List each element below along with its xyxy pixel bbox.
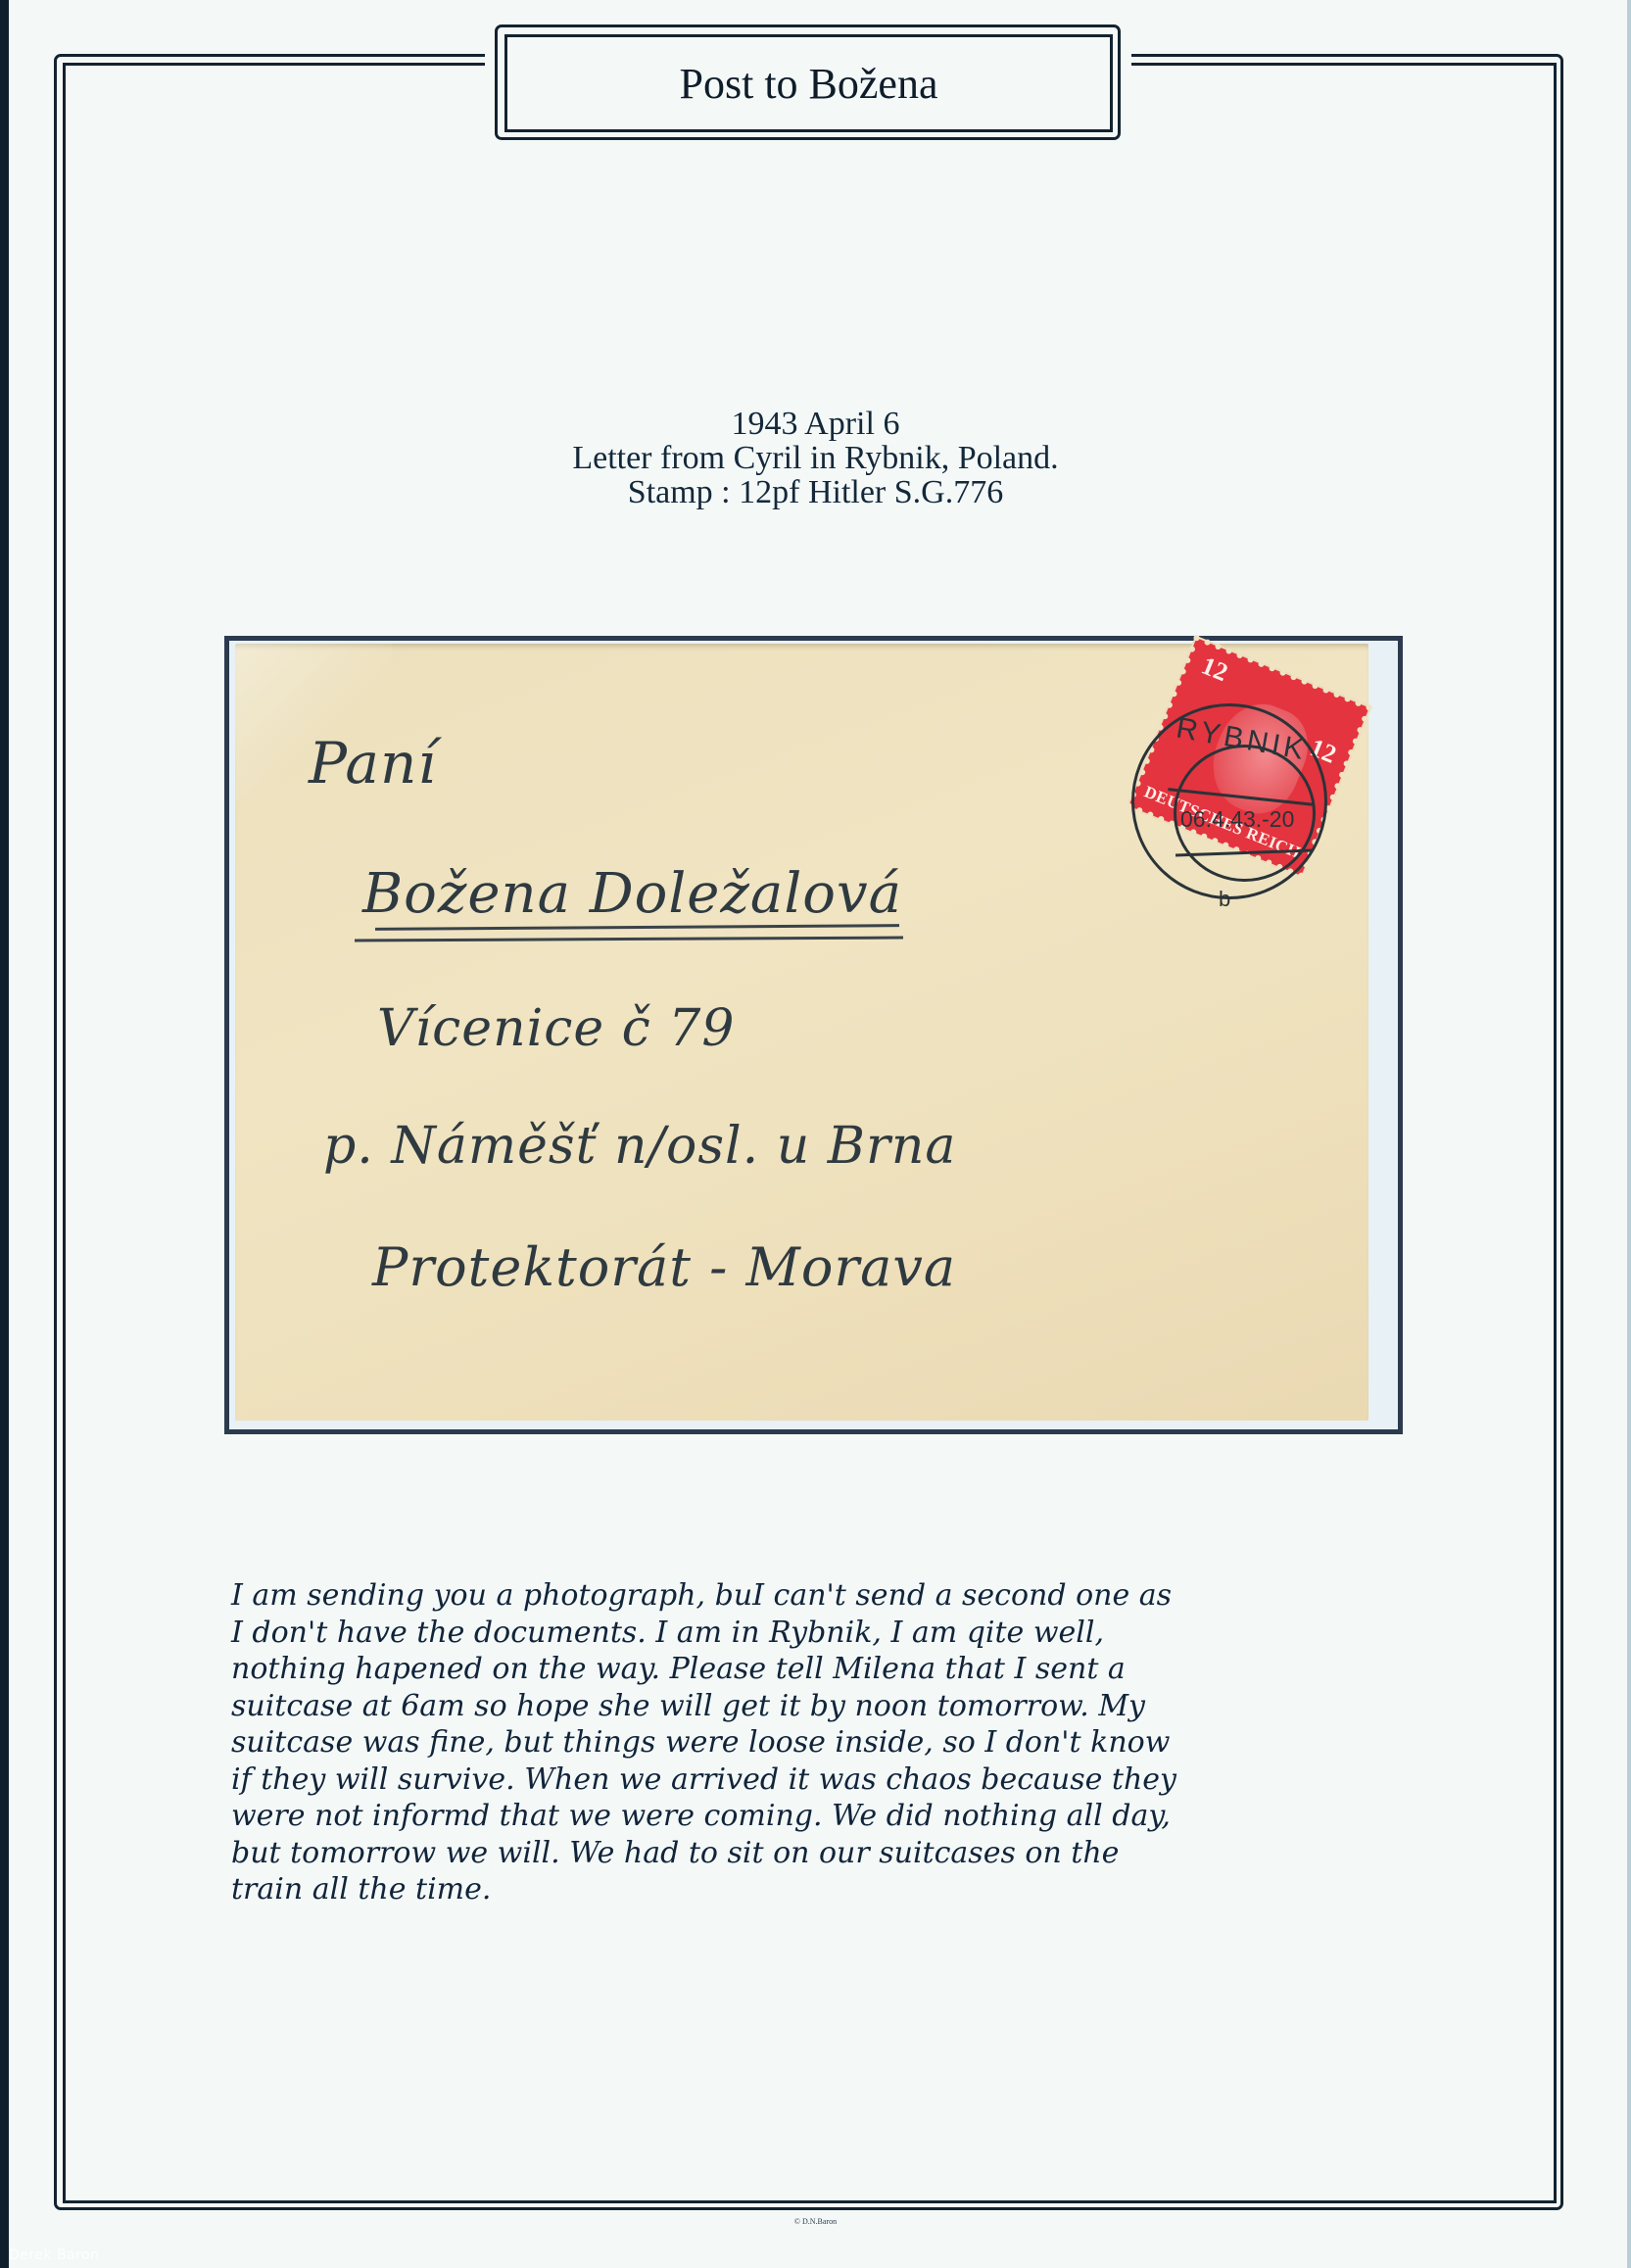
- page-title: Post to Božena: [504, 34, 1113, 132]
- postmark-sub-letter: b: [1219, 887, 1230, 912]
- translation-line: suitcase at 6am so hope she will get it …: [231, 1688, 1407, 1725]
- translation-line: nothing hapened on the way. Please tell …: [231, 1651, 1407, 1688]
- caption-date: 1943 April 6: [294, 407, 1337, 441]
- translation-line: if they will survive. When we arrived it…: [231, 1761, 1407, 1799]
- translation-line: suitcase was fine, but things were loose…: [231, 1724, 1407, 1761]
- postmark-date: 06.4.43.-20: [1180, 806, 1294, 833]
- page-title-text: Post to Božena: [680, 59, 938, 109]
- address-salutation: Paní: [309, 730, 437, 796]
- address-recipient-name: Božena Doležalová: [362, 862, 902, 926]
- translation-line: train all the time.: [231, 1871, 1407, 1908]
- translation-line: I am sending you a photograph, buI can't…: [231, 1577, 1407, 1615]
- address-region: Protektorát - Morava: [372, 1236, 956, 1298]
- photographer-watermark: Derek Baron: [9, 2247, 100, 2263]
- scan-right-edge: [1627, 0, 1631, 2268]
- letter-translation: I am sending you a photograph, buI can't…: [231, 1577, 1407, 1908]
- item-caption: 1943 April 6 Letter from Cyril in Rybnik…: [294, 407, 1337, 509]
- caption-description: Letter from Cyril in Rybnik, Poland.: [294, 441, 1337, 475]
- copyright-footer: © D.N.Baron: [0, 2217, 1631, 2226]
- address-street: Vícenice č 79: [377, 999, 735, 1058]
- caption-stamp-info: Stamp : 12pf Hitler S.G.776: [294, 475, 1337, 509]
- translation-line: were not informd that we were coming. We…: [231, 1798, 1407, 1835]
- translation-line: but tomorrow we will. We had to sit on o…: [231, 1835, 1407, 1872]
- translation-line: I don't have the documents. I am in Rybn…: [231, 1615, 1407, 1652]
- address-post-office: p. Náměšť n/osl. u Brna: [323, 1117, 956, 1176]
- scan-left-edge: [0, 0, 9, 2268]
- stamp-value-top-left: 12: [1197, 651, 1231, 689]
